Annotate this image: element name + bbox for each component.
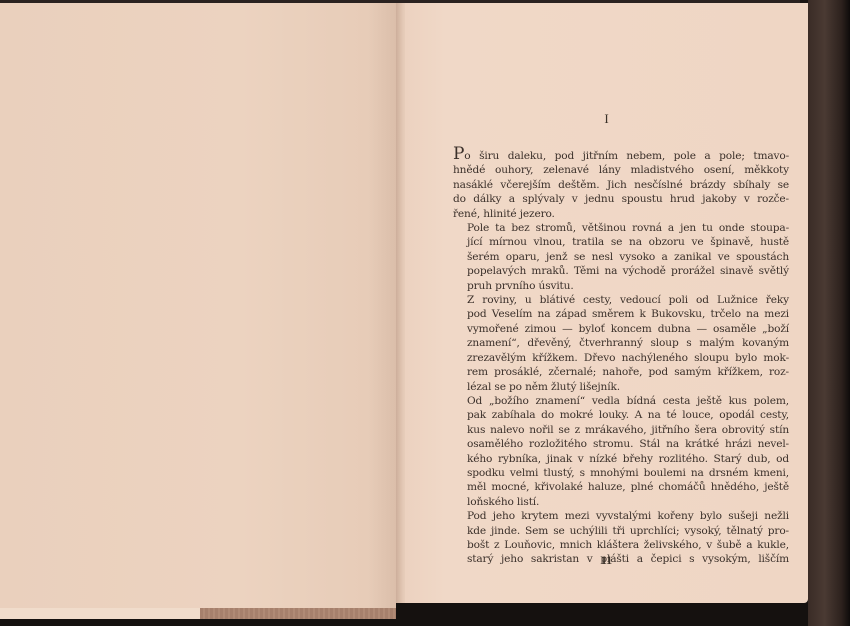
text-line: nasáklé včerejším deštěm. Jich nesčíslné… xyxy=(453,178,789,192)
text-line: kde jinde. Sem se uchýlili tři uprchlíci… xyxy=(453,524,789,538)
text-line: řené, hlinité jezero. xyxy=(453,207,789,221)
text-line: Z roviny, u blátivé cesty, vedoucí poli … xyxy=(453,293,789,307)
text-line: lézal se po něm žlutý lišejník. xyxy=(453,380,789,394)
text-line: loňského listí. xyxy=(453,495,789,509)
text-line: jící mírnou vlnou, tratila se na obzoru … xyxy=(453,235,789,249)
text-line: Pod jeho krytem mezi vyvstalými kořeny b… xyxy=(453,509,789,523)
chapter-heading: I xyxy=(405,111,808,127)
text-line: Od „božího znamení“ vedla bídná cesta je… xyxy=(453,394,789,408)
paragraph-3: Z roviny, u blátivé cesty, vedoucí poli … xyxy=(453,293,789,394)
text-line: kého rybníka, jinak v nízké břehy rozlit… xyxy=(453,452,789,466)
paragraph-4: Od „božího znamení“ vedla bídná cesta je… xyxy=(453,394,789,509)
text-line: měl mocné, křivolaké haluze, plné chomáč… xyxy=(453,480,789,494)
drop-cap: P xyxy=(453,144,464,164)
right-page: I Po širu daleku, pod jitřním nebem, pol… xyxy=(405,3,808,603)
page-text: Po širu daleku, pod jitřním nebem, pole … xyxy=(453,147,789,567)
paragraph-2: Pole ta bez stromů, většinou rovná a jen… xyxy=(453,221,789,293)
text-line: rem prosáklé, zčernalé; nahoře, pod samý… xyxy=(453,365,789,379)
text-line: bošt z Louňovic, mnich kláštera želivské… xyxy=(453,538,789,552)
text-line: zrezavělým křížkem. Dřevo nachýleného sl… xyxy=(453,351,789,365)
text-line: popelavých mraků. Těmi na východě proráž… xyxy=(453,264,789,278)
page-number: 11 xyxy=(405,553,808,568)
dark-background-bottom xyxy=(396,603,808,626)
text-line: pod Veselím na západ směrem k Bukovsku, … xyxy=(453,307,789,321)
paragraph-1: Po širu daleku, pod jitřním nebem, pole … xyxy=(453,147,789,221)
text-line: šerém oparu, jenž se nesl vysoko a zanik… xyxy=(453,250,789,264)
text-line: vymořené zimou — byloť koncem dubna — os… xyxy=(453,322,789,336)
text-line: Pole ta bez stromů, většinou rovná a jen… xyxy=(453,221,789,235)
text-line: kus nalevo nořil se z mrákavého, jitřníh… xyxy=(453,423,789,437)
left-page-bottom-edge xyxy=(0,608,200,619)
text-line: o širu daleku, pod jitřním nebem, pole a… xyxy=(464,150,789,162)
background-strip xyxy=(0,619,396,626)
text-line: pruh prvního úsvitu. xyxy=(453,279,789,293)
book-spread: I Po širu daleku, pod jitřním nebem, pol… xyxy=(0,0,850,626)
text-line: do dálky a splývaly v jednu spoustu hrud… xyxy=(453,192,789,206)
text-line: pak zabíhala do mokré louky. A na té lou… xyxy=(453,408,789,422)
dark-background-edge xyxy=(808,0,850,626)
left-page-blank xyxy=(0,3,400,608)
text-line: spodku velmi tlustý, s mnohými boulemi n… xyxy=(453,466,789,480)
cover-edge xyxy=(200,608,396,619)
text-line: hnědé ouhory, zelenavé lány mladistvého … xyxy=(453,163,789,177)
text-line: osamělého rozložitého stromu. Stál na kr… xyxy=(453,437,789,451)
text-line: znamení“, dřevěný, čtverhranný sloup s m… xyxy=(453,336,789,350)
